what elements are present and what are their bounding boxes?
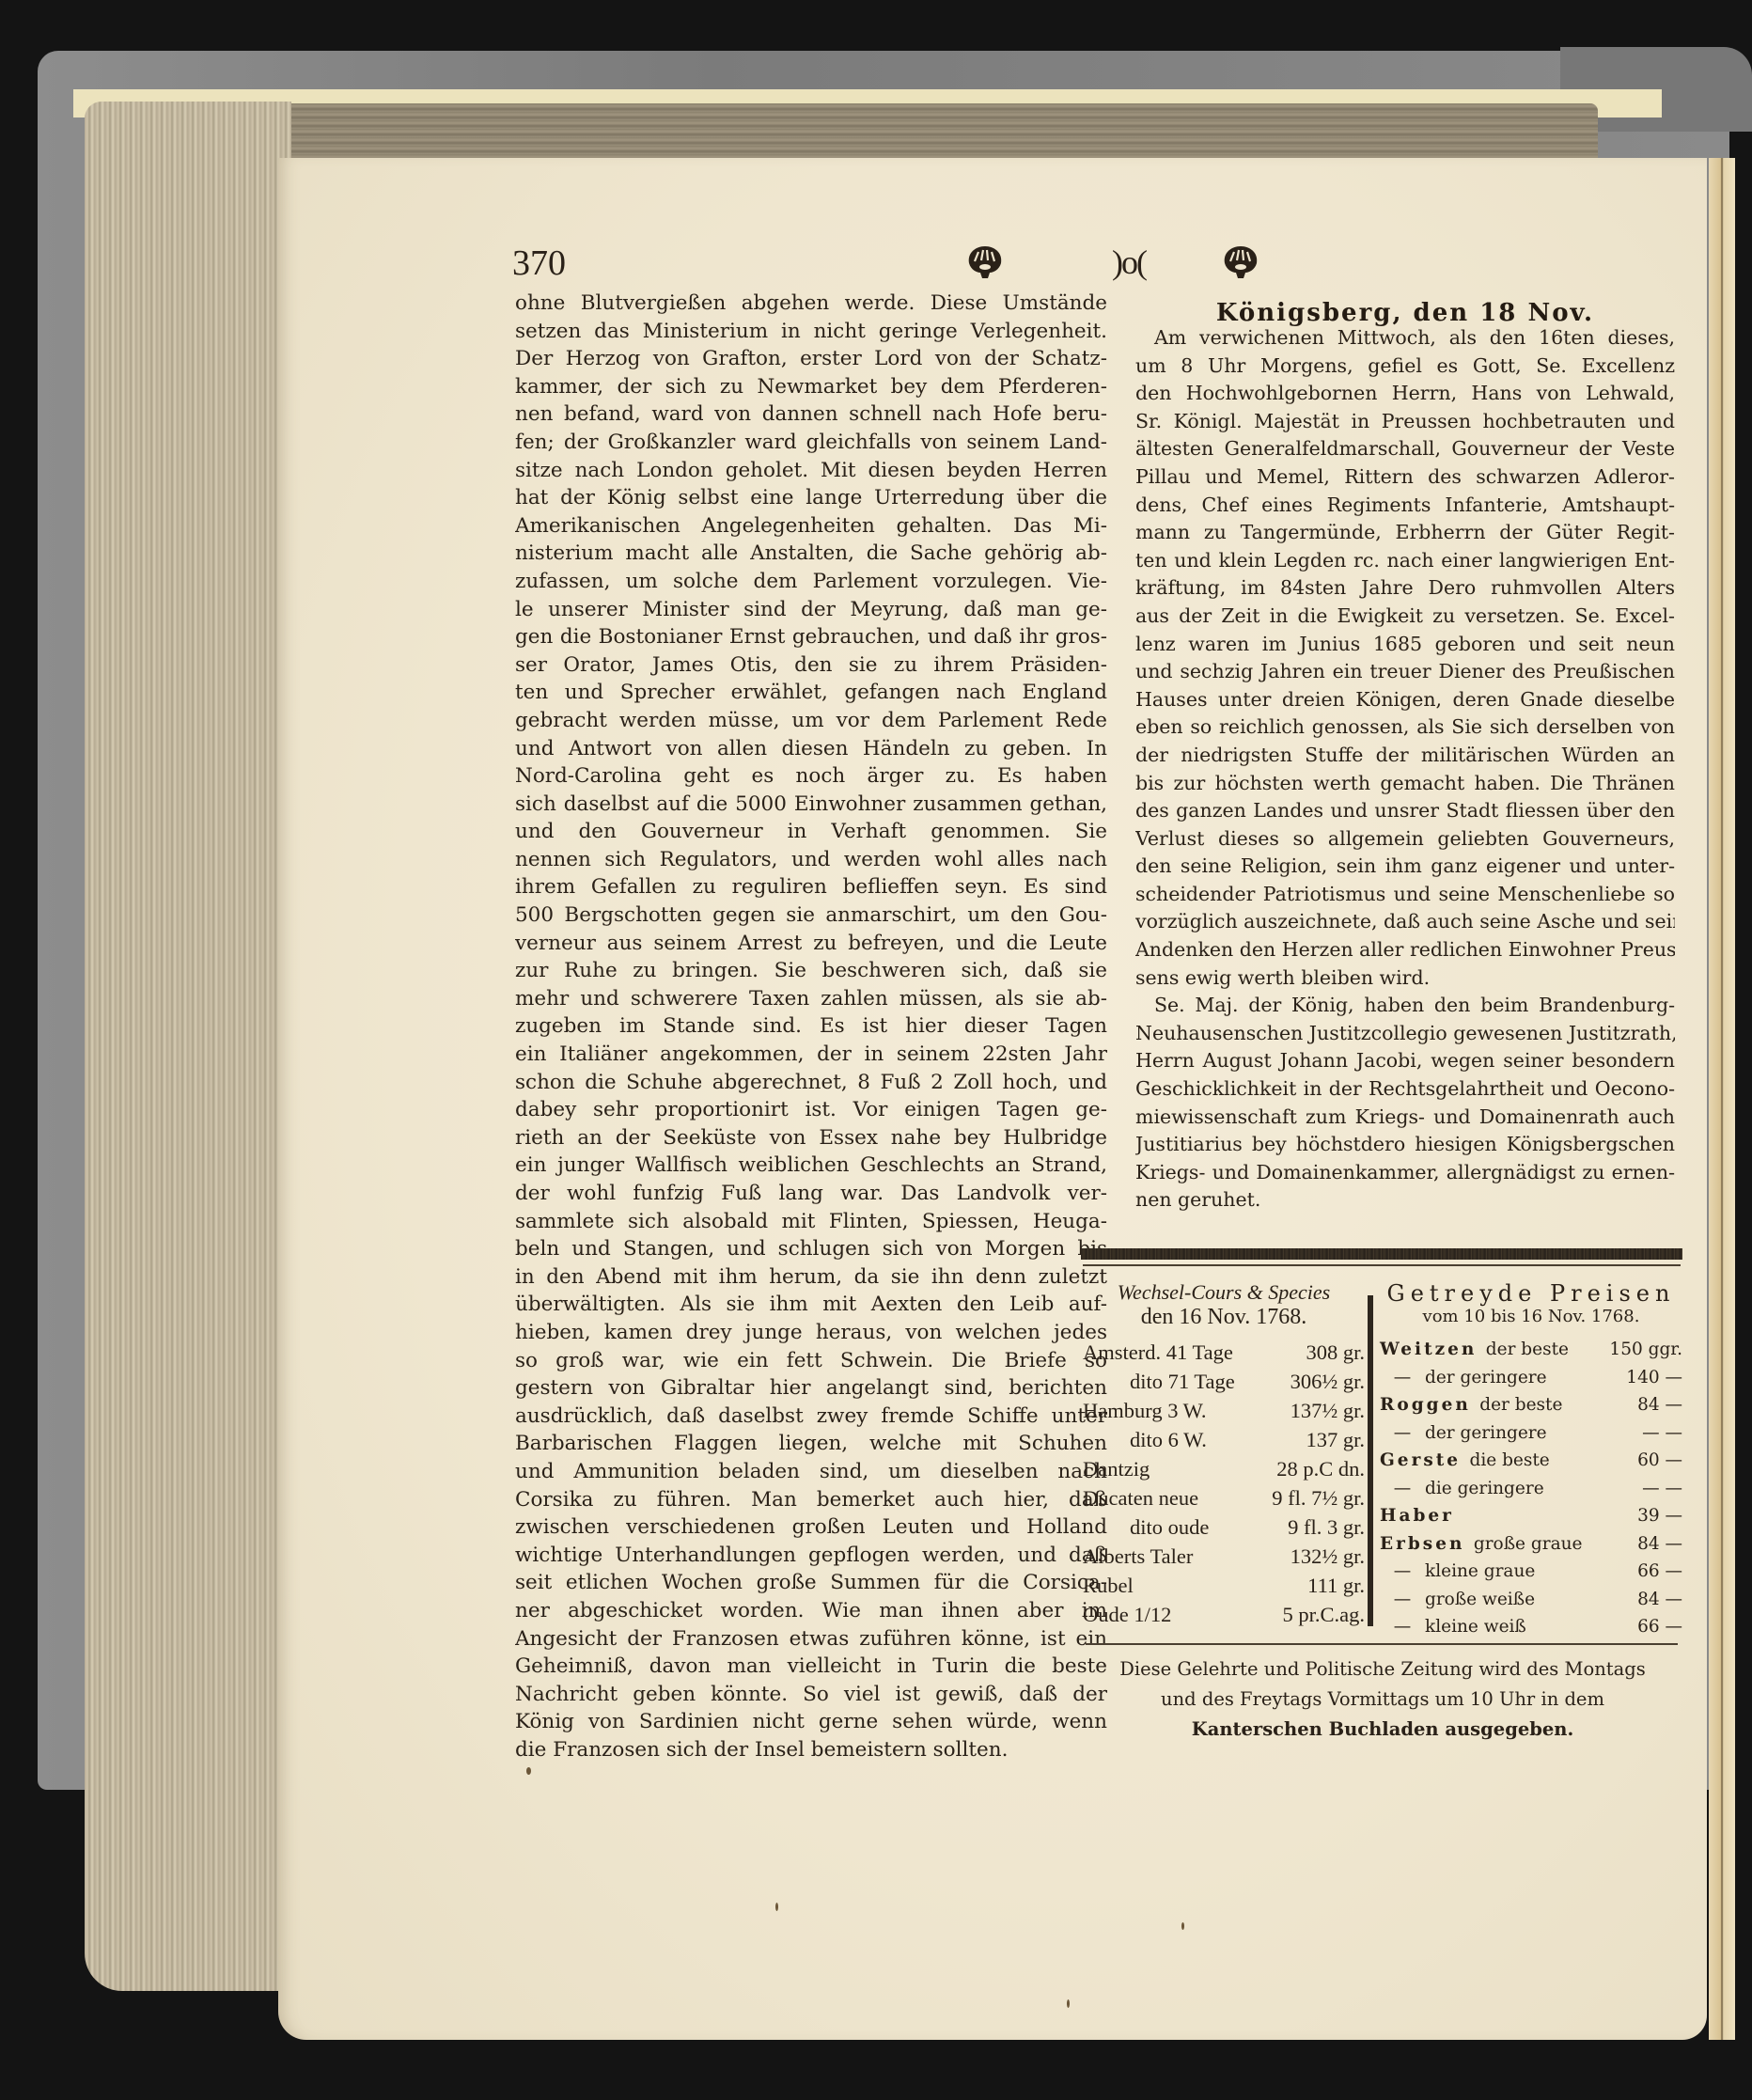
grain-quality: kleine weiß: [1425, 1617, 1526, 1637]
notice-line-2: und des Freytags Vormittags um 10 Uhr in…: [1086, 1685, 1680, 1715]
shell-ornament-icon: [1221, 244, 1260, 280]
grain-name: Roggen: [1380, 1395, 1479, 1415]
text-line: miewissenschaft zum Kriegs- und Domainen…: [1135, 1104, 1675, 1132]
text-line: seit etlichen Wochen große Summen für di…: [515, 1569, 1107, 1597]
grain-row: Gerste die beste60 —: [1380, 1447, 1682, 1475]
grain-label: der geringere: [1380, 1419, 1547, 1448]
text-line: ohne Blutvergießen abgehen werde. Diese …: [515, 290, 1107, 318]
text-line: Sr. Königl. Majestät in Preussen hochbet…: [1135, 408, 1675, 436]
grain-label: die geringere: [1380, 1475, 1544, 1503]
grain-price: 140 —: [1611, 1364, 1682, 1392]
paper-speck: [1067, 1999, 1070, 2008]
text-line: gebracht werden müsse, um vor dem Parlem…: [515, 707, 1107, 735]
notice-line-1: Diese Gelehrte und Politische Zeitung wi…: [1086, 1654, 1680, 1685]
text-line: Nachricht geben könnte. So viel ist gewi…: [515, 1681, 1107, 1709]
text-line: Am verwichenen Mittwoch, als den 16ten d…: [1135, 324, 1675, 353]
exchange-value: 28 p.C dn.: [1276, 1454, 1365, 1483]
exchange-rates-table: Wechsel-Cours & Species den 16 Nov. 1768…: [1083, 1280, 1365, 1629]
currency-label: Dantzig: [1083, 1454, 1150, 1483]
grain-row: große weiße84 —: [1380, 1586, 1682, 1614]
text-line: zufassen, um solche dem Parlement vorzul…: [515, 568, 1107, 596]
text-line: setzen das Ministerium in nicht geringe …: [515, 318, 1107, 346]
grain-label: Roggen der beste: [1380, 1391, 1562, 1419]
text-line: Hauses unter dreien Königen, deren Gnade…: [1135, 686, 1675, 714]
grain-row: der geringere— —: [1380, 1419, 1682, 1448]
text-line: ser Orator, James Otis, den sie zu ihrem…: [515, 651, 1107, 680]
book-gutter: [1709, 158, 1735, 2040]
grain-row: der geringere140 —: [1380, 1364, 1682, 1392]
shell-ornament-icon: [965, 244, 1005, 280]
grain-name: Weitzen: [1380, 1340, 1486, 1359]
paper-speck: [1181, 1922, 1184, 1930]
text-line: sammlete sich alsobald mit Flinten, Spie…: [515, 1208, 1107, 1236]
publication-notice: Diese Gelehrte und Politische Zeitung wi…: [1086, 1654, 1680, 1745]
exchange-table-title: Wechsel-Cours & Species: [1083, 1280, 1365, 1305]
text-line: scheidender Patriotismus und seine Mensc…: [1135, 881, 1675, 909]
exchange-value: 306½ gr.: [1291, 1367, 1365, 1396]
text-line: mehr und schwerere Taxen zahlen müssen, …: [515, 985, 1107, 1013]
text-line: Nord-Carolina geht es noch ärger zu. Es …: [515, 762, 1107, 791]
grain-quality: der geringere: [1425, 1368, 1547, 1387]
exchange-row: dito oude9 fl. 3 gr.: [1083, 1512, 1365, 1542]
text-line: ten und Sprecher erwählet, gefangen nach…: [515, 679, 1107, 707]
text-line: so groß war, wie ein fett Schwein. Die B…: [515, 1347, 1107, 1375]
text-line: den seine Religion, sein ihm ganz eigene…: [1135, 853, 1675, 881]
text-line: zwischen verschiedenen großen Leuten und…: [515, 1513, 1107, 1542]
text-line: der niedrigsten Stuffe der militärischen…: [1135, 742, 1675, 770]
text-line: kräftung, im 84sten Jahre Dero ruhmvolle…: [1135, 574, 1675, 603]
thin-rule: [1083, 1264, 1681, 1266]
paper-speck: [775, 1903, 778, 1911]
text-line: des ganzen Landes und unsrer Stadt flies…: [1135, 797, 1675, 825]
notice-line-3: Kanterschen Buchladen ausgegeben.: [1086, 1715, 1680, 1745]
text-line: sens ewig werth bleiben wird.: [1135, 964, 1675, 993]
grain-row: kleine weiß66 —: [1380, 1613, 1682, 1641]
text-line: Geheimniß, davon man vielleicht in Turin…: [515, 1653, 1107, 1681]
text-line: mann zu Tangermünde, Erbherrn der Güter …: [1135, 519, 1675, 547]
grain-row: Weitzen der beste150 ggr.: [1380, 1336, 1682, 1364]
page-stack-fore-edge: [85, 102, 291, 1991]
text-line: ausdrücklich, daß daselbst zwey fremde S…: [515, 1403, 1107, 1431]
text-line: Geschicklichkeit in der Rechtsgelahrthei…: [1135, 1075, 1675, 1104]
text-line: bis zur höchsten werth gemacht haben. Di…: [1135, 770, 1675, 798]
grain-price: 66 —: [1611, 1613, 1682, 1641]
exchange-row: Hamburg 3 W.137½ gr.: [1083, 1396, 1365, 1425]
text-line: dabey sehr proportionirt ist. Vor einige…: [515, 1096, 1107, 1124]
text-line: überwältigten. Als sie ihm mit Aexten de…: [515, 1291, 1107, 1319]
text-line: Justitiarius bey höchstdero hiesigen Kön…: [1135, 1131, 1675, 1159]
text-line: ten und klein Legden rc. nach einer lang…: [1135, 547, 1675, 575]
left-column-article: ohne Blutvergießen abgehen werde. Diese …: [515, 290, 1107, 1763]
grain-name: Gerste: [1380, 1450, 1470, 1470]
grain-name: Haber: [1380, 1506, 1454, 1526]
exchange-table-date: den 16 Nov. 1768.: [1083, 1305, 1365, 1330]
grain-price: — —: [1611, 1419, 1682, 1448]
text-line: Barbarischen Flaggen liegen, welche mit …: [515, 1430, 1107, 1458]
grain-row: Roggen der beste84 —: [1380, 1391, 1682, 1419]
text-line: und Ammunition beladen sind, um dieselbe…: [515, 1458, 1107, 1486]
exchange-value: 9 fl. 3 gr.: [1288, 1512, 1365, 1542]
text-line: König von Sardinien nicht gerne sehen wü…: [515, 1708, 1107, 1736]
exchange-value: 111 gr.: [1307, 1571, 1365, 1600]
grain-quality: große graue: [1474, 1534, 1583, 1554]
text-line: fen; der Großkanzler ward gleichfalls vo…: [515, 429, 1107, 457]
currency-label: Hamburg 3 W.: [1083, 1396, 1206, 1425]
grain-price: 84 —: [1611, 1530, 1682, 1559]
grain-name: Erbsen: [1380, 1534, 1474, 1554]
text-line: Angesicht der Franzosen etwas zuführen k…: [515, 1625, 1107, 1653]
grain-label: Haber: [1380, 1502, 1454, 1530]
grain-row: die geringere— —: [1380, 1475, 1682, 1503]
text-line: sitze nach London geholet. Mit diesen be…: [515, 457, 1107, 485]
grain-quality: große weiße: [1425, 1590, 1535, 1609]
grain-price: 84 —: [1611, 1391, 1682, 1419]
text-line: die Franzosen sich der Insel bemeistern …: [515, 1736, 1107, 1764]
page-number: 370: [512, 243, 566, 284]
grain-quality: kleine graue: [1425, 1561, 1535, 1581]
text-line: Se. Maj. der König, haben den beim Brand…: [1135, 992, 1675, 1020]
thick-rule: [1081, 1248, 1682, 1260]
grain-price: 84 —: [1611, 1586, 1682, 1614]
currency-label: Ducaten neue: [1083, 1483, 1198, 1512]
text-line: Kriegs- und Domainenkammer, allergnädigs…: [1135, 1159, 1675, 1187]
exchange-value: 9 fl. 7½ gr.: [1272, 1483, 1365, 1512]
currency-label: Oude 1/12: [1083, 1600, 1171, 1629]
currency-label: Alberts Taler: [1083, 1542, 1193, 1571]
text-line: 500 Bergschotten gegen sie anmarschirt, …: [515, 901, 1107, 930]
text-line: wichtige Unterhandlungen gepflogen werde…: [515, 1542, 1107, 1570]
text-line: dens, Chef eines Regiments Infanterie, A…: [1135, 492, 1675, 520]
running-head: 370 )o(: [512, 243, 1682, 290]
exchange-row: Alberts Taler132½ gr.: [1083, 1542, 1365, 1571]
text-line: den Hochwohlgebornen Herrn, Hans von Leh…: [1135, 380, 1675, 408]
currency-label: Amsterd. 41 Tage: [1083, 1338, 1233, 1367]
grain-label: große weiße: [1380, 1586, 1535, 1614]
text-line: beln und Stangen, und schlugen sich von …: [515, 1235, 1107, 1263]
exchange-row: dito 6 W.137 gr.: [1083, 1425, 1365, 1454]
currency-label: Rubel: [1083, 1571, 1134, 1600]
text-line: ner abgeschicket worden. Wie man ihnen a…: [515, 1597, 1107, 1625]
grain-table-title: Getreyde Preisen: [1380, 1280, 1682, 1307]
text-line: nen geruhet.: [1135, 1186, 1675, 1215]
text-line: Herrn August Johann Jacobi, wegen seiner…: [1135, 1047, 1675, 1075]
exchange-value: 5 pr.C.ag.: [1283, 1600, 1366, 1629]
text-line: und Antwort von allen diesen Händeln zu …: [515, 735, 1107, 763]
exchange-row: Rubel111 gr.: [1083, 1571, 1365, 1600]
text-line: nisterium macht alle Anstalten, die Sach…: [515, 540, 1107, 568]
text-line: hat der König selbst eine lange Urterred…: [515, 484, 1107, 512]
grain-quality: der beste: [1486, 1340, 1569, 1359]
exchange-row: Amsterd. 41 Tage308 gr.: [1083, 1338, 1365, 1367]
table-divider: [1368, 1295, 1373, 1626]
text-line: Verlust dieses so allgemein geliebten Go…: [1135, 825, 1675, 854]
text-line: ein junger Wallfisch weiblichen Geschlec…: [515, 1152, 1107, 1180]
text-line: zugeben im Stande sind. Es ist hier dies…: [515, 1012, 1107, 1041]
text-line: zur Ruhe zu bringen. Sie beschweren sich…: [515, 957, 1107, 985]
grain-table-date: vom 10 bis 16 Nov. 1768.: [1380, 1307, 1682, 1326]
text-line: und sechzig Jahren ein treuer Diener des…: [1135, 658, 1675, 686]
grain-row: Haber 39 —: [1380, 1502, 1682, 1530]
text-line: der wohl funfzig Fuß lang war. Das Landv…: [515, 1180, 1107, 1208]
text-line: lenz waren im Junius 1685 geboren und se…: [1135, 631, 1675, 659]
grain-label: Weitzen der beste: [1380, 1336, 1569, 1364]
grain-quality: die geringere: [1425, 1479, 1544, 1498]
grain-price: 60 —: [1611, 1447, 1682, 1475]
text-line: Amerikanischen Angelegenheiten gehalten.…: [515, 512, 1107, 541]
text-line: rieth an der Seeküste von Essex nahe bey…: [515, 1124, 1107, 1152]
dateline-koenigsberg: Königsberg, den 18 Nov.: [1135, 299, 1675, 327]
grain-price: 39 —: [1611, 1502, 1682, 1530]
text-line: in den Abend mit ihm herum, da sie ihn d…: [515, 1263, 1107, 1292]
right-column-article: Am verwichenen Mittwoch, als den 16ten d…: [1135, 324, 1675, 1215]
grain-label: Gerste die beste: [1380, 1447, 1550, 1475]
grain-label: Erbsen große graue: [1380, 1530, 1582, 1559]
grain-price: 66 —: [1611, 1558, 1682, 1586]
text-line: Corsika zu führen. Man bemerket auch hie…: [515, 1486, 1107, 1514]
footer-rule: [1086, 1643, 1678, 1645]
grain-prices-table: Getreyde Preisen vom 10 bis 16 Nov. 1768…: [1380, 1280, 1682, 1641]
exchange-value: 132½ gr.: [1291, 1542, 1365, 1571]
exchange-row: Dantzig28 p.C dn.: [1083, 1454, 1365, 1483]
grain-price: — —: [1611, 1475, 1682, 1503]
text-line: nennen sich Regulators, und werden wohl …: [515, 846, 1107, 874]
paper-speck: [526, 1767, 531, 1775]
text-line: verneur aus seinem Arrest zu befreyen, u…: [515, 930, 1107, 958]
text-line: ältesten Generalfeldmarschall, Gouverneu…: [1135, 435, 1675, 463]
exchange-value: 137½ gr.: [1291, 1396, 1365, 1425]
exchange-row: Oude 1/125 pr.C.ag.: [1083, 1600, 1365, 1629]
text-line: hieben, kamen drey junge heraus, von wel…: [515, 1319, 1107, 1347]
text-line: kammer, der sich zu Newmarket bey dem Pf…: [515, 373, 1107, 401]
exchange-row: Ducaten neue9 fl. 7½ gr.: [1083, 1483, 1365, 1512]
currency-label: dito 71 Tage: [1083, 1367, 1235, 1396]
grain-quality: der geringere: [1425, 1423, 1547, 1443]
grain-quality: der beste: [1479, 1395, 1562, 1415]
text-line: Neuhausenschen Justitzcollegio gewesenen…: [1135, 1020, 1675, 1048]
text-line: sich daselbst auf die 5000 Einwohner zus…: [515, 791, 1107, 819]
text-line: gestern von Gibraltar hier angelangt sin…: [515, 1374, 1107, 1403]
grain-label: der geringere: [1380, 1364, 1547, 1392]
text-line: ihrem Gefallen zu reguliren beflieffen s…: [515, 873, 1107, 901]
currency-label: dito 6 W.: [1083, 1425, 1207, 1454]
currency-label: dito oude: [1083, 1512, 1209, 1542]
exchange-row: dito 71 Tage306½ gr.: [1083, 1367, 1365, 1396]
text-line: Der Herzog von Grafton, erster Lord von …: [515, 345, 1107, 373]
exchange-value: 137 gr.: [1306, 1425, 1365, 1454]
text-line: ein Italiäner angekommen, der in seinem …: [515, 1041, 1107, 1069]
grain-label: kleine weiß: [1380, 1613, 1526, 1641]
text-line: Pillau und Memel, Rittern des schwarzen …: [1135, 463, 1675, 492]
exchange-value: 308 gr.: [1306, 1338, 1365, 1367]
page-stack-top-edge: [94, 103, 1598, 160]
grain-label: kleine graue: [1380, 1558, 1535, 1586]
text-line: und den Gouverneur in Verhaft genommen. …: [515, 818, 1107, 846]
text-line: schon die Schuhe abgerechnet, 8 Fuß 2 Zo…: [515, 1069, 1107, 1097]
text-line: um 8 Uhr Morgens, gefiel es Gott, Se. Ex…: [1135, 353, 1675, 381]
text-line: nen befand, ward von dannen schnell nach…: [515, 400, 1107, 429]
grain-price: 150 ggr.: [1609, 1336, 1682, 1364]
text-line: eben so reichlich genossen, als Sie sich…: [1135, 713, 1675, 742]
grain-quality: die beste: [1470, 1450, 1550, 1470]
center-ornament: )o(: [1112, 243, 1146, 282]
text-line: vorzüglich auszeichnete, daß auch seine …: [1135, 908, 1675, 936]
text-line: aus der Zeit in die Ewigkeit zu versetze…: [1135, 603, 1675, 631]
grain-row: Erbsen große graue84 —: [1380, 1530, 1682, 1559]
text-line: gen die Bostonianer Ernst gebrauchen, un…: [515, 623, 1107, 651]
grain-row: kleine graue66 —: [1380, 1558, 1682, 1586]
text-line: Andenken den Herzen aller redlichen Einw…: [1135, 936, 1675, 964]
text-line: le unserer Minister sind der Meyrung, da…: [515, 596, 1107, 624]
